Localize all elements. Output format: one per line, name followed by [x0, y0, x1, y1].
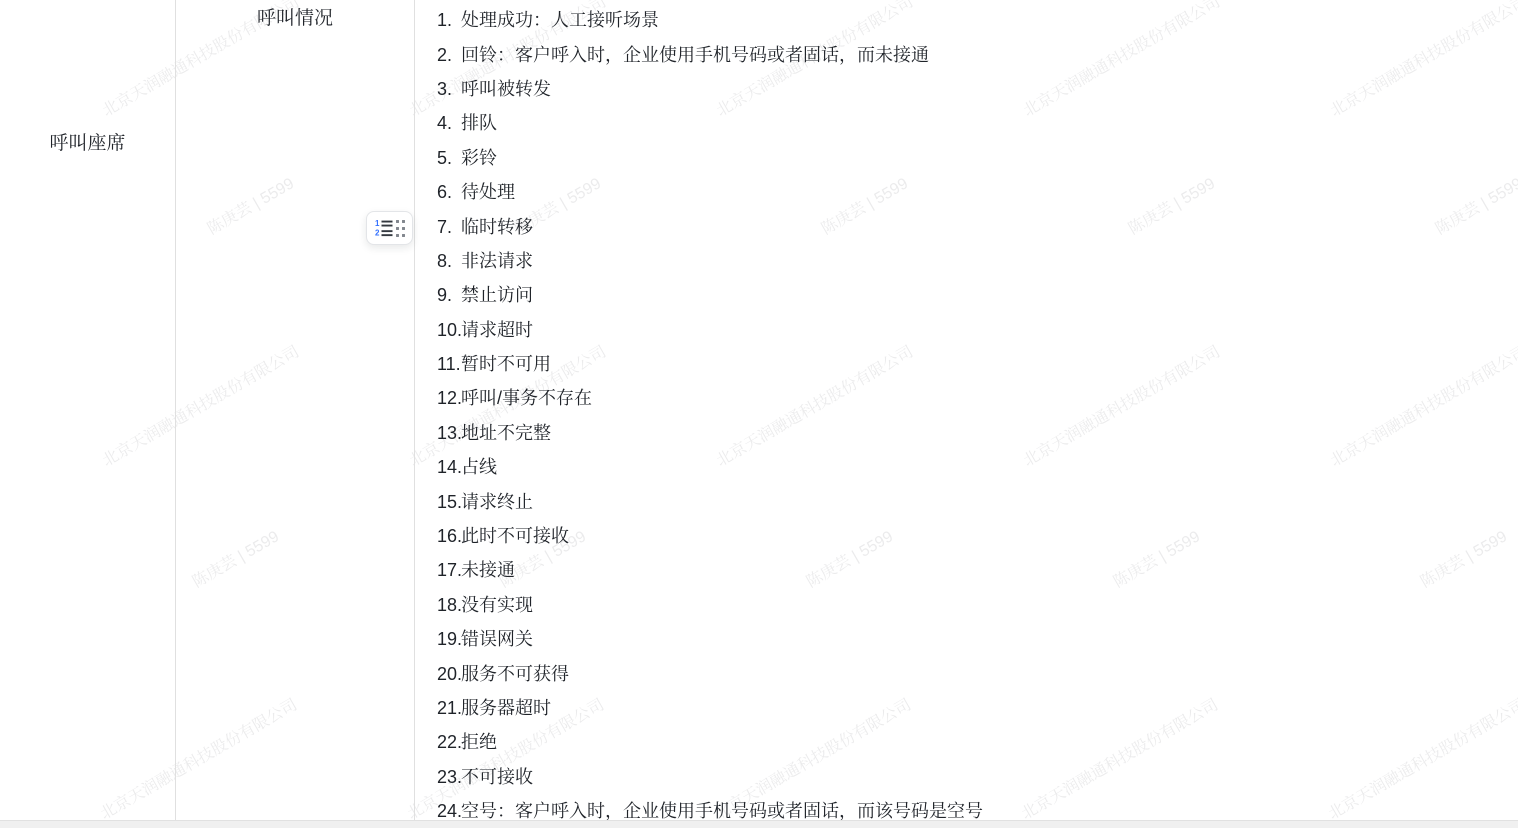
call-status-list: 1.处理成功：人工接听场景2.回铃：客户呼入时，企业使用手机号码或者固话，而未接…: [437, 3, 983, 828]
list-item-number: 20.: [437, 662, 461, 686]
list-item-number: 5.: [437, 146, 461, 170]
list-item[interactable]: 10.请求超时: [437, 313, 983, 347]
list-item-text: 处理成功：人工接听场景: [461, 8, 659, 32]
watermark-company-text: 北京天润融通科技股份有限公司: [1018, 0, 1224, 121]
list-floating-toolbar: 1 2: [366, 211, 413, 245]
watermark-user-text: 陈庚芸 | 5599: [1415, 524, 1510, 592]
list-item-text: 呼叫被转发: [461, 77, 551, 101]
list-item-text: 排队: [461, 111, 497, 135]
watermark-company-text: 北京天润融通科技股份有限公司: [1018, 339, 1224, 471]
ordered-list-icon: 1 2: [375, 219, 393, 237]
list-item[interactable]: 21.服务器超时: [437, 691, 983, 725]
list-item[interactable]: 5.彩铃: [437, 141, 983, 175]
list-item[interactable]: 3.呼叫被转发: [437, 72, 983, 106]
list-item-text: 错误网关: [461, 627, 533, 651]
drag-handle-icon: [396, 220, 405, 237]
list-item-number: 14.: [437, 455, 461, 479]
list-item-number: 2.: [437, 43, 461, 67]
watermark-user-text: 陈庚芸 | 5599: [202, 171, 297, 239]
list-item-number: 23.: [437, 765, 461, 789]
list-item[interactable]: 18.没有实现: [437, 588, 983, 622]
list-item-number: 8.: [437, 249, 461, 273]
list-item-text: 禁止访问: [461, 283, 533, 307]
list-item-text: 服务器超时: [461, 696, 551, 720]
list-item-text: 暂时不可用: [461, 352, 551, 376]
list-item[interactable]: 8.非法请求: [437, 244, 983, 278]
watermark-company-text: 北京天润融通科技股份有限公司: [1016, 692, 1222, 824]
document-canvas: 北京天润融通科技股份有限公司北京天润融通科技股份有限公司北京天润融通科技股份有限…: [0, 0, 1518, 828]
table-column-border-left: [175, 0, 176, 820]
list-item-number: 11.: [437, 352, 461, 376]
list-item-text: 地址不完整: [461, 421, 551, 445]
list-item-text: 拒绝: [461, 730, 497, 754]
watermark-company-text: 北京天润融通科技股份有限公司: [1325, 0, 1518, 121]
list-item-text: 彩铃: [461, 146, 497, 170]
list-item-number: 19.: [437, 627, 461, 651]
list-item[interactable]: 11.暂时不可用: [437, 347, 983, 381]
list-item-number: 22.: [437, 730, 461, 754]
list-item-text: 临时转移: [461, 215, 533, 239]
list-item-text: 呼叫/事务不存在: [461, 386, 592, 410]
list-item-number: 16.: [437, 524, 461, 548]
list-item-text: 请求超时: [461, 318, 533, 342]
watermark-company-text: 北京天润融通科技股份有限公司: [97, 339, 303, 471]
list-item-number: 17.: [437, 558, 461, 582]
list-item-text: 请求终止: [461, 490, 533, 514]
list-item[interactable]: 17.未接通: [437, 553, 983, 587]
watermark-user-text: 陈庚芸 | 5599: [1430, 171, 1518, 239]
table-cell-call-status-header[interactable]: 呼叫情况: [176, 9, 414, 29]
list-item-number: 12.: [437, 386, 461, 410]
list-item[interactable]: 2.回铃：客户呼入时，企业使用手机号码或者固话，而未接通: [437, 37, 983, 71]
list-item-number: 18.: [437, 593, 461, 617]
list-item-number: 9.: [437, 283, 461, 307]
list-item-text: 未接通: [461, 558, 515, 582]
list-item-text: 非法请求: [461, 249, 533, 273]
list-item-text: 服务不可获得: [461, 662, 569, 686]
list-item[interactable]: 9.禁止访问: [437, 278, 983, 312]
list-item-number: 3.: [437, 77, 461, 101]
list-item-text: 不可接收: [461, 765, 533, 789]
list-item-number: 10.: [437, 318, 461, 342]
list-item-number: 15.: [437, 490, 461, 514]
list-item-text: 占线: [461, 455, 497, 479]
list-item-number: 6.: [437, 180, 461, 204]
list-item[interactable]: 4.排队: [437, 106, 983, 140]
watermark-user-text: 陈庚芸 | 5599: [187, 524, 282, 592]
watermark-company-text: 北京天润融通科技股份有限公司: [1323, 692, 1518, 824]
list-item[interactable]: 22.拒绝: [437, 725, 983, 759]
list-item[interactable]: 6.待处理: [437, 175, 983, 209]
list-item-text: 此时不可接收: [461, 524, 569, 548]
watermark-user-text: 陈庚芸 | 5599: [1108, 524, 1203, 592]
list-item[interactable]: 12.呼叫/事务不存在: [437, 381, 983, 415]
list-item-number: 13.: [437, 421, 461, 445]
table-column-border-right: [414, 0, 415, 820]
list-item[interactable]: 16.此时不可接收: [437, 519, 983, 553]
list-item-text: 没有实现: [461, 593, 533, 617]
list-item[interactable]: 19.错误网关: [437, 622, 983, 656]
list-item-text: 回铃：客户呼入时，企业使用手机号码或者固话，而未接通: [461, 43, 929, 67]
watermark-user-text: 陈庚芸 | 5599: [1123, 171, 1218, 239]
watermark-company-text: 北京天润融通科技股份有限公司: [95, 692, 301, 824]
list-item[interactable]: 7.临时转移: [437, 209, 983, 243]
list-item-text: 待处理: [461, 180, 515, 204]
watermark-company-text: 北京天润融通科技股份有限公司: [1325, 339, 1518, 471]
svg-text:2: 2: [375, 229, 380, 237]
drag-handle[interactable]: [396, 220, 405, 237]
table-cell-call-agent[interactable]: 呼叫座席: [0, 134, 175, 154]
list-item-number: 1.: [437, 8, 461, 32]
ordered-list-button[interactable]: 1 2: [375, 219, 393, 237]
list-item[interactable]: 15.请求终止: [437, 484, 983, 518]
list-item[interactable]: 1.处理成功：人工接听场景: [437, 3, 983, 37]
list-item[interactable]: 13.地址不完整: [437, 416, 983, 450]
list-item[interactable]: 20.服务不可获得: [437, 656, 983, 690]
svg-text:1: 1: [375, 219, 380, 228]
list-item-number: 4.: [437, 111, 461, 135]
horizontal-scrollbar[interactable]: [0, 820, 1518, 828]
list-item[interactable]: 14.占线: [437, 450, 983, 484]
list-item-number: 21.: [437, 696, 461, 720]
list-item[interactable]: 23.不可接收: [437, 760, 983, 794]
list-item-number: 7.: [437, 215, 461, 239]
